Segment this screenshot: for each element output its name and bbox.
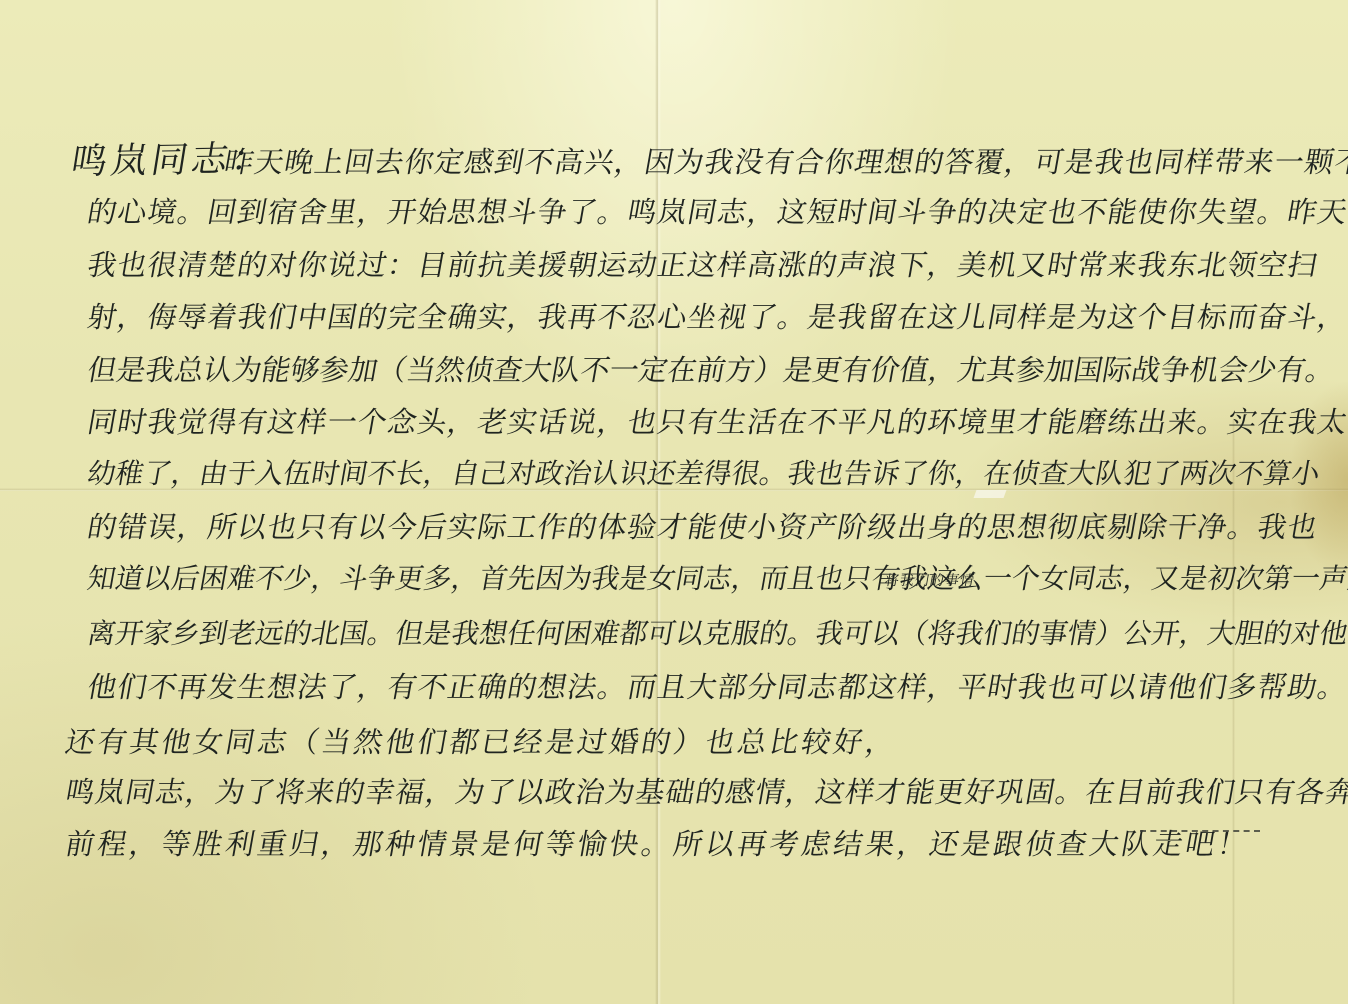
letter-line-7: 幼稚了，由于入伍时间不长，自己对政治认识还差得很。我也告诉了你，在侦查大队犯了两… <box>84 452 1323 492</box>
letter-line-6: 同时我觉得有这样一个念头，老实话说，也只有生活在不平凡的环境里才能磨练出来。实在… <box>84 400 1348 441</box>
letter-line-8: 的错误，所以也只有以今后实际工作的体验才能使小资产阶级出身的思想彻底剔除干净。我… <box>84 505 1321 546</box>
letter-paper: 鸣岚同志： 昨天晚上回去你定感到不高兴，因为我没有合你理想的答覆，可是我也同样带… <box>0 0 1348 1004</box>
letter-line-1: 昨天晚上回去你定感到不高兴，因为我没有合你理想的答覆，可是我也同样带来一颗不愉快 <box>221 140 1348 181</box>
letter-line-13: 鸣岚同志，为了将来的幸福，为了以政治为基础的感情，这样才能更好巩固。在目前我们只… <box>62 770 1348 811</box>
letter-line-4: 射，侮辱着我们中国的完全确实，我再不忍心坐视了。是我留在这儿同样是为这个目标而奋… <box>84 295 1348 336</box>
letter-line-3: 我也很清楚的对你说过：目前抗美援朝运动正这样高涨的声浪下，美机又时常来我东北领空… <box>84 243 1321 284</box>
letter-line-11: 他们不再发生想法了，有不正确的想法。而且大部分同志都这样，平时我也可以请他们多帮… <box>84 665 1348 706</box>
closing-dash <box>1140 830 1260 832</box>
letter-line-14: 前程，等胜利重归，那种情景是何等愉快。所以再考虑结果，还是跟侦查大队走吧！ <box>62 822 1253 863</box>
letter-line-5: 但是我总认为能够参加（当然侦查大队不一定在前方）是更有价值，尤其参加国际战争机会… <box>84 348 1338 389</box>
letter-line-9: 知道以后困难不少，斗争更多，首先因为我是女同志，而且也只有我这么一个女同志，又是… <box>84 557 1348 597</box>
inserted-note: 将我们的事情 <box>883 570 977 590</box>
letter-line-10: 离开家乡到老远的北国。但是我想任何困难都可以克服的。我可以（将我们的事情）公开，… <box>84 612 1348 652</box>
letter-line-12: 还有其他女同志（当然他们都已经是过婚的）也总比较好， <box>62 720 901 761</box>
handwritten-letter: 鸣岚同志： 昨天晚上回去你定感到不高兴，因为我没有合你理想的答覆，可是我也同样带… <box>0 0 1348 1004</box>
letter-line-2: 的心境。回到宿舍里，开始思想斗争了。鸣岚同志，这短时间斗争的决定也不能使你失望。… <box>84 190 1348 231</box>
